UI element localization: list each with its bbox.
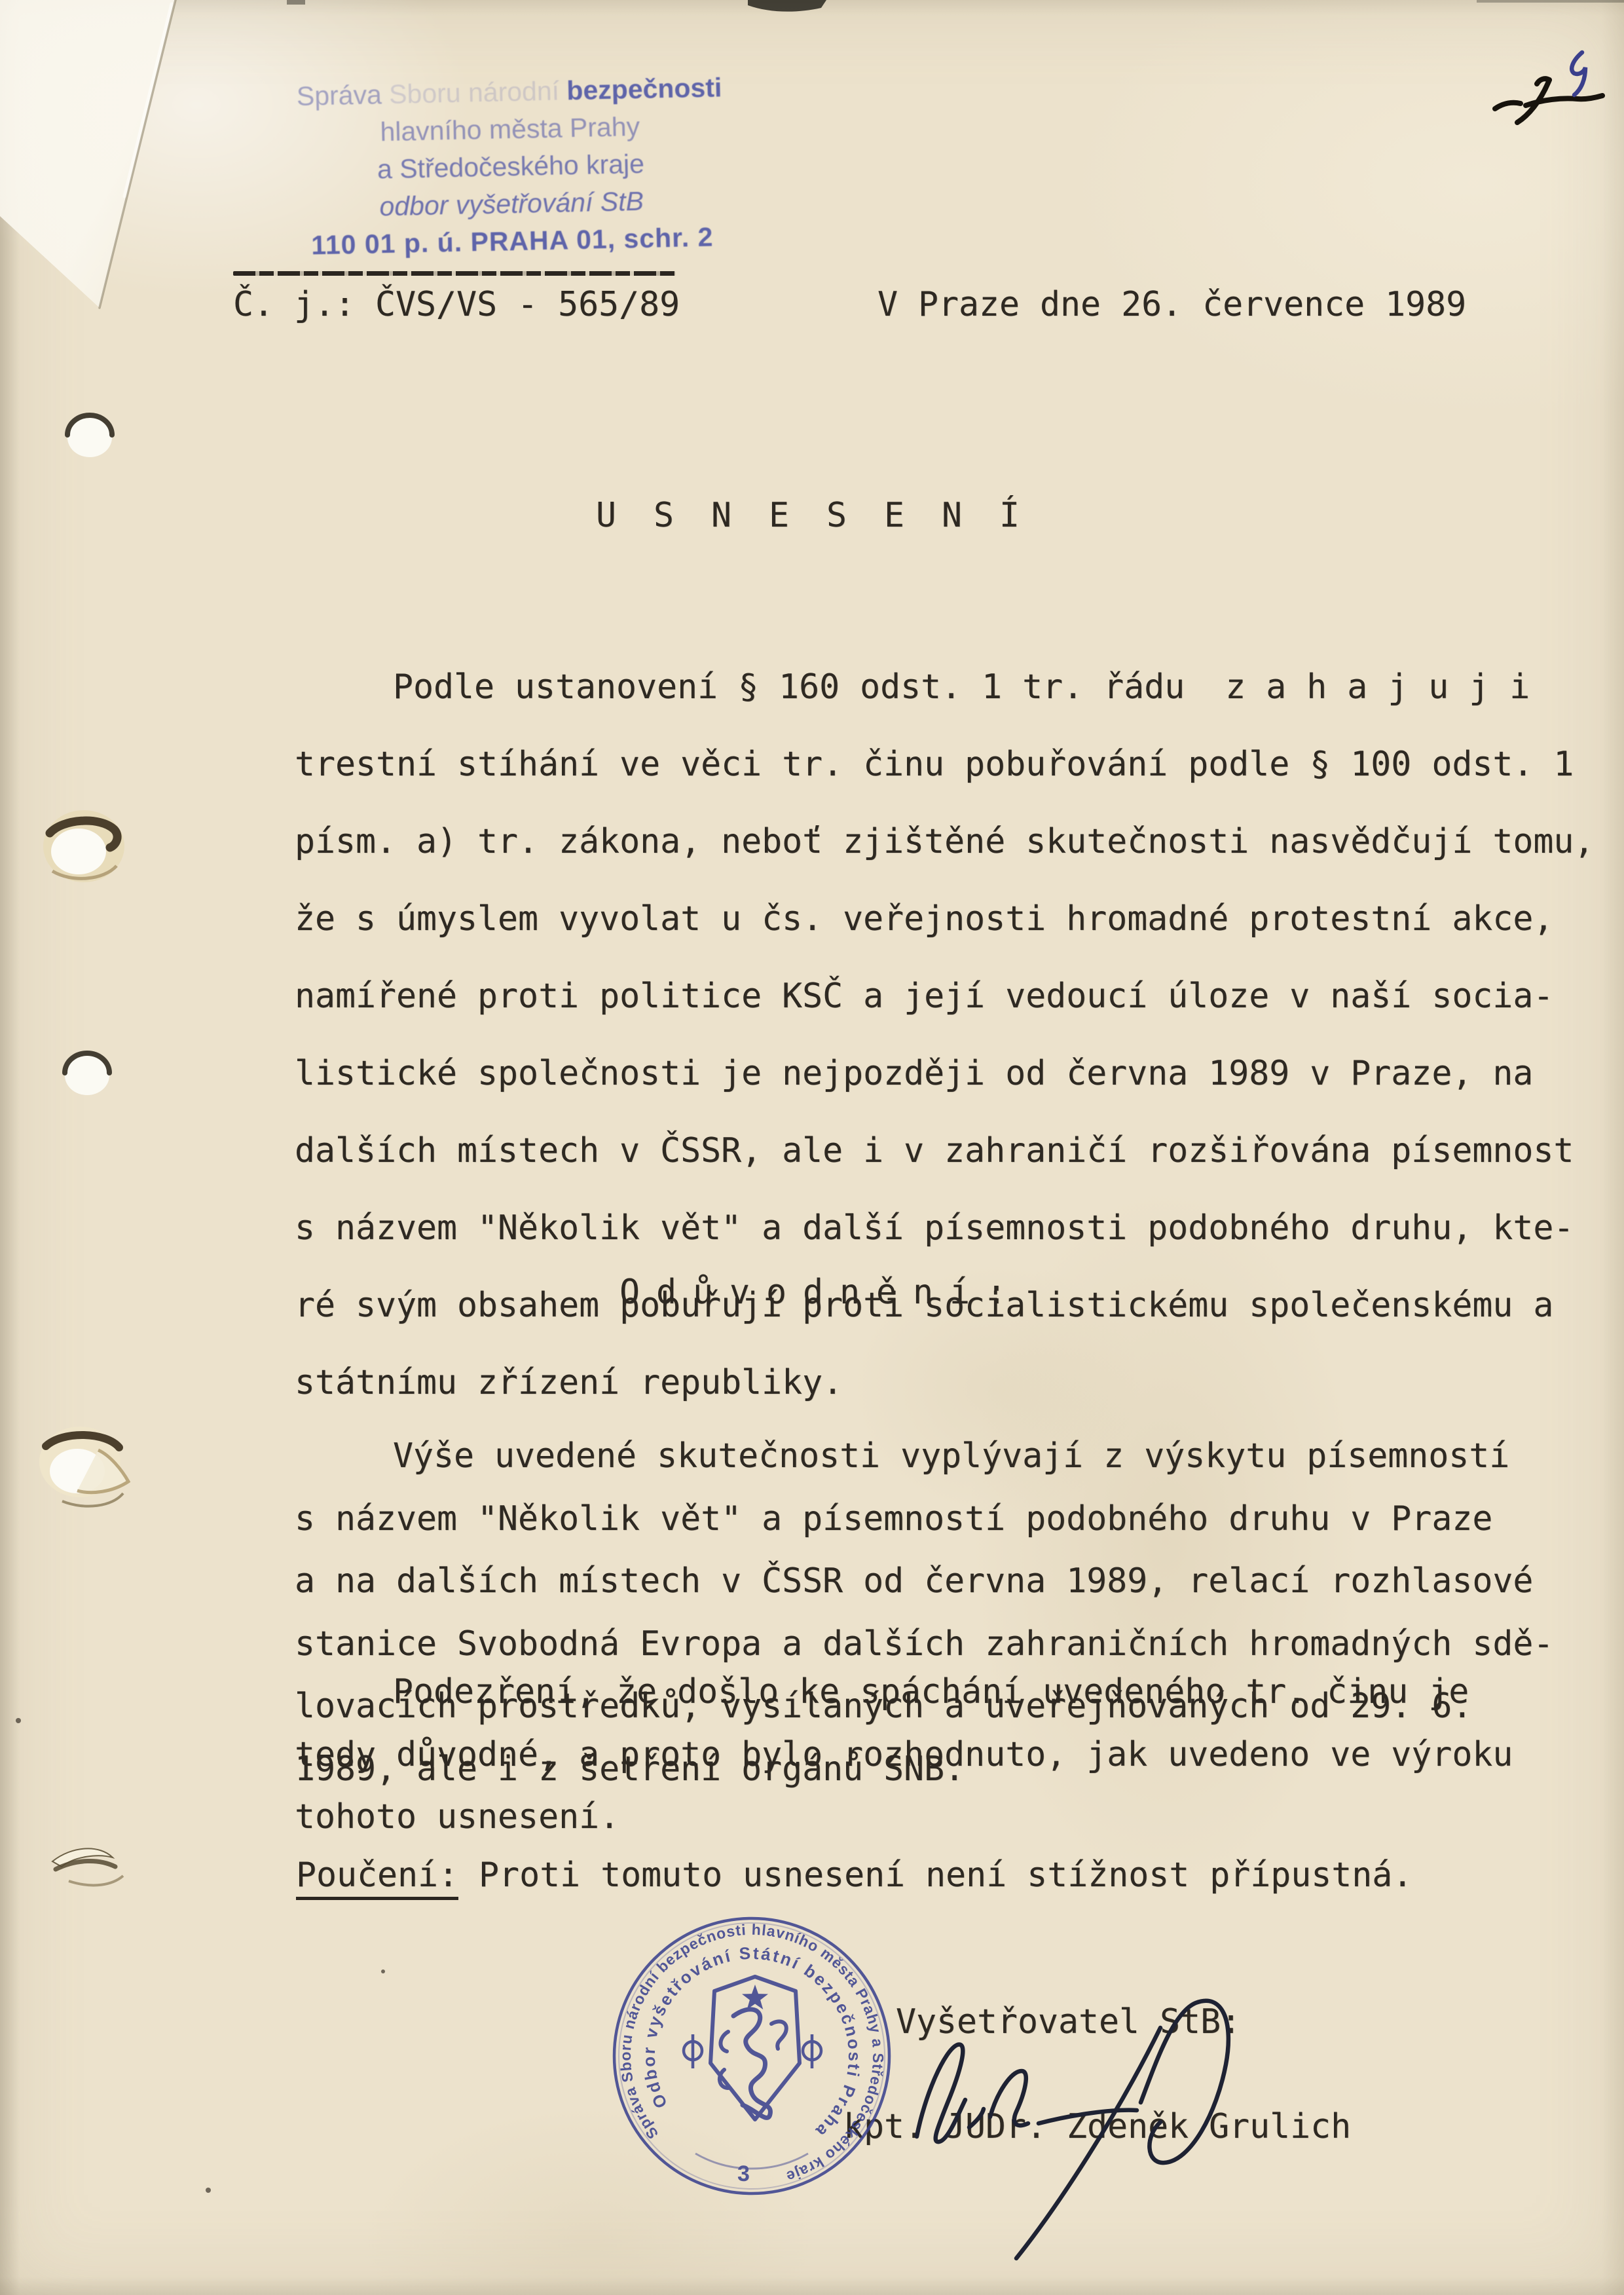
punch-hole-torn xyxy=(43,810,124,882)
reference-number: Č. j.: ČVS/VS - 565/89 xyxy=(233,288,680,322)
lion-figure xyxy=(733,2009,770,2118)
stamp-inner-ring-text: Odbor vyšetřování Státní bezpečnosti Pra… xyxy=(639,1943,864,2142)
paragraph-justification-2: Podezření, že došlo ke spáchání uvedenéh… xyxy=(295,1651,1513,1863)
handwritten-corner-mark xyxy=(1572,52,1585,95)
notice-line: Poučení: Proti tomuto usnesení není stíž… xyxy=(296,1859,1412,1893)
date-line: V Praze dne 26. července 1989 xyxy=(877,288,1466,322)
text-line: dalších místech v ČSSR, ale i v zahranič… xyxy=(295,1134,1594,1187)
text-line: Podle ustanovení § 160 odst. 1 tr. řádu … xyxy=(295,671,1594,723)
punch-hole xyxy=(67,415,112,457)
handwritten-page-number xyxy=(1495,79,1602,122)
paragraph-decision: Podle ustanovení § 160 odst. 1 tr. řádu … xyxy=(295,646,1594,1444)
investigator-role-line: Vyšetřovatel StB: xyxy=(896,2006,1241,2040)
punch-hole xyxy=(65,1053,109,1095)
official-round-stamp: Správa Sboru národní bezpečnosti hlavníh… xyxy=(614,1918,889,2193)
text-line: že s úmyslem vyvolat u čs. veřejnosti hr… xyxy=(295,903,1594,955)
text-line: tedy důvodné, a proto bylo rozhodnuto, j… xyxy=(295,1738,1513,1776)
scan-edge-marks xyxy=(287,0,1624,12)
divider-rule xyxy=(233,271,676,276)
text-line: a na dalších místech v ČSSR od června 19… xyxy=(295,1565,1553,1603)
text-line: s názvem "Několik vět" a další písemnost… xyxy=(295,1212,1594,1264)
stamp-divider-icon xyxy=(684,2034,821,2068)
document-page: Správa Sboru národní bezpečnosti hlavníh… xyxy=(0,0,1624,2295)
text-line: listické společnosti je nejpozději od če… xyxy=(295,1057,1594,1110)
text-line: namířené proti politice KSČ a její vedou… xyxy=(295,980,1594,1032)
text-line: Podezření, že došlo ke spáchání uvedenéh… xyxy=(295,1675,1513,1713)
text-line: s názvem "Několik vět" a písemností podo… xyxy=(295,1502,1553,1540)
text-line: Výše uvedené skutečnosti vyplývají z výs… xyxy=(295,1440,1553,1478)
document-title: U S N E S E N Í xyxy=(295,499,1329,533)
star-icon xyxy=(742,1985,768,2009)
agency-stamp-block: Správa Sboru národní bezpečnosti hlavníh… xyxy=(270,68,752,265)
signer-name-line: kpt. JUDr. Zdeněk Grulich xyxy=(843,2110,1351,2144)
section-heading-justification: O d ů v o d n ě n í : xyxy=(295,1276,1329,1310)
punch-hole-torn xyxy=(39,1427,128,1506)
torn-corner xyxy=(0,0,196,327)
svg-text:Odbor vyšetřování Státní bezpe: Odbor vyšetřování Státní bezpečnosti Pra… xyxy=(639,1943,864,2142)
text-line: tohoto usnesení. xyxy=(295,1801,1513,1838)
notice-label: Poučení: xyxy=(296,1856,458,1900)
text-line: státnímu zřízení republiky. xyxy=(295,1366,1594,1419)
coat-of-arms-emblem xyxy=(710,1977,800,2119)
text-line: písm. a) tr. zákona, neboť zjištěné skut… xyxy=(295,825,1594,878)
text-line: trestní stíhání ve věci tr. činu pobuřov… xyxy=(295,748,1594,800)
notice-text: Proti tomuto usnesení není stížnost příp… xyxy=(458,1856,1412,1895)
paper-tear-flap xyxy=(52,1848,123,1885)
stamp-number: 3 xyxy=(737,2161,750,2186)
